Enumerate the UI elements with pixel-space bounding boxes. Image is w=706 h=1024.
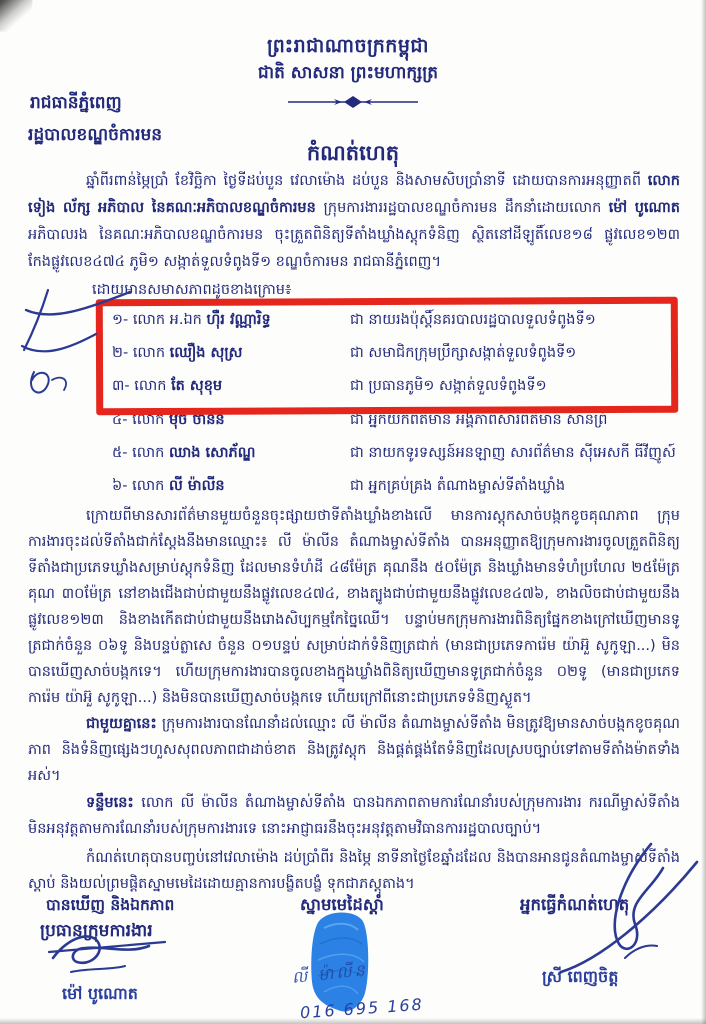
footer-thumbprint-title: ស្នាមមេដៃស្តាំ	[300, 895, 384, 919]
attendee-6-role: ជា អ្នកគ្រប់គ្រង តំណាងម្ចាស់ទីតាំងឃ្លាំង	[350, 477, 678, 498]
agreement-lead: ទន្ទឹមនេះ	[86, 795, 141, 811]
scanned-document-page: ព្រះរាជាណាចក្រកម្ពុជា ជាតិ សាសនា ព្រះមហា…	[0, 0, 706, 1024]
instruction-paragraph: ជាមួយគ្នានេះ ក្រុមការងារបានណែនាំដល់ឈ្មោះ…	[28, 711, 680, 789]
document-title: កំណត់ហេតុ	[0, 140, 706, 171]
kingdom-motto-line2: ជាតិ សាសនា ព្រះមហាក្សត្រ	[0, 62, 696, 87]
instruction-lead: ជាមួយគ្នានេះ	[86, 716, 162, 732]
intro-text-3: អភិបាលរង នៃគណៈអភិបាលខណ្ឌចំការមន ចុះត្រួត…	[28, 227, 680, 270]
intro-text-2: ក្រុមការងាររដ្ឋបាលខណ្ឌចំការមន ដឹកនាំដោយល…	[324, 200, 609, 216]
intro-deputy-name: ម៉ៅ បូណោត	[609, 200, 680, 216]
intro-text-1: ឆ្នាំពីរពាន់ម្ភៃប្រាំ ខែវិច្ឆិកា ថ្ងៃទីដ…	[86, 173, 648, 189]
scan-corner-artifact	[0, 0, 33, 33]
chairman-signature	[45, 928, 185, 983]
attendee-6-name: ៦- លោក លី ម៉ាលីន	[112, 477, 350, 498]
attendee-5-name: ៥- លោក ឈាង សោភ័ណ្ឌ	[112, 444, 350, 465]
attendee-5-role: ជា នាយកទូរទស្សន៍អនឡាញ សារព័ត៌មាន ស៊ីអេសក…	[350, 444, 678, 465]
issuer-city: រាជធានីភ្នំពេញ	[30, 92, 122, 117]
attendee-row-6: ៦- លោក លី ម៉ាលីន ជា អ្នកគ្រប់គ្រង តំណាងម…	[112, 471, 678, 504]
intro-paragraph: ឆ្នាំពីរពាន់ម្ភៃប្រាំ ខែវិច្ឆិកា ថ្ងៃទីដ…	[28, 168, 680, 276]
agreement-paragraph: ទន្ទឹមនេះ លោក លី ម៉ាលីន តំណាងម្ចាស់ទីតាំ…	[28, 790, 680, 842]
footer-left-approval-line: បានឃើញ និងឯកភាព	[46, 895, 174, 918]
red-highlight-box-annotation	[96, 297, 679, 416]
scan-edge-shadow-bottom	[0, 1018, 706, 1024]
kingdom-motto-line1: ព្រះរាជាណាចក្រកម្ពុជា	[0, 34, 696, 62]
recorder-name: ស្រី ពេញចិត្ត	[542, 966, 618, 990]
attendee-row-5: ៥- លោក ឈាង សោភ័ណ្ឌ ជា នាយកទូរទស្សន៍អនឡាញ…	[112, 438, 678, 471]
chairman-name: ម៉ៅ បូណោត	[62, 983, 138, 1007]
attendee-4-role: ជា អ្នកយកព័ត៌មាន អង្គភាពសារព័ត៌មាន សានព្…	[350, 411, 678, 432]
ornamental-divider-icon	[288, 94, 418, 113]
inspection-findings-paragraph: ក្រោយពីមានសារព័ត៌មានមួយចំនួនចុះផ្សាយថាទី…	[28, 503, 680, 711]
margin-pen-scribble	[18, 288, 138, 408]
